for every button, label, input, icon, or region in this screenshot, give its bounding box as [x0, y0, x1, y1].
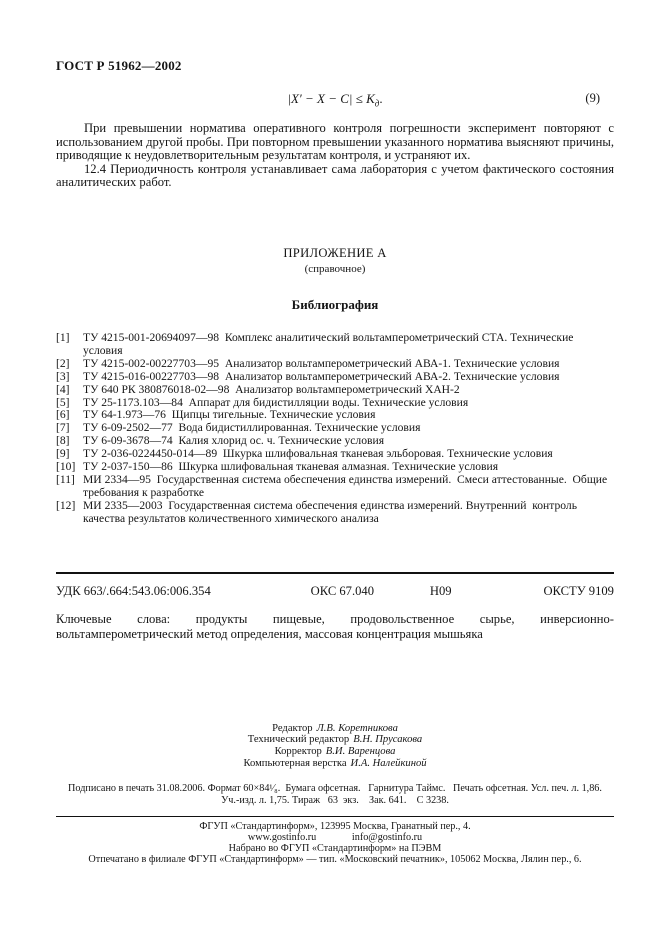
oks-code: ОКС 67.040 [311, 584, 374, 599]
keywords: Ключевые слова: продукты пищевые, продов… [56, 612, 614, 643]
paragraph: При превышении норматива оперативного ко… [56, 122, 614, 163]
credits-block: РедакторЛ.В. Коретникова Технический ред… [56, 723, 614, 770]
credit-role: Корректор [275, 746, 322, 757]
credit-role: Технический редактор [248, 734, 349, 745]
standard-number: ГОСТ Р 51962—2002 [56, 58, 614, 74]
paragraph: 12.4 Периодичность контроля устанавливае… [56, 163, 614, 190]
bibliography-entry: [2]ТУ 4215-002-00227703—95 Анализатор во… [56, 358, 614, 371]
divider-rule [56, 572, 614, 574]
entry-text: ТУ 4215-002-00227703—95 Анализатор вольт… [83, 358, 614, 371]
bibliography-heading: Библиография [56, 297, 614, 313]
entry-text: ТУ 4215-016-00227703—98 Анализатор вольт… [83, 371, 614, 384]
appendix-header: ПРИЛОЖЕНИЕ А (справочное) [56, 246, 614, 275]
publisher-block: ФГУП «Стандартинформ», 123995 Москва, Гр… [56, 821, 614, 866]
document-page: ГОСТ Р 51962—2002 |X′ − X − C| ≤ Kд. (9)… [0, 0, 661, 936]
credit-name: В.Н. Прусакова [353, 734, 422, 745]
publisher-rule [56, 816, 614, 817]
credit-name: И.А. Налейкиной [351, 758, 427, 769]
formula-number: (9) [585, 91, 600, 106]
appendix-title: ПРИЛОЖЕНИЕ А [56, 246, 614, 261]
bibliography-entry: [11]МИ 2334—95 Государственная система о… [56, 474, 614, 500]
entry-text: МИ 2335—2003 Государственная система обе… [83, 500, 614, 526]
imprint-block: Подписано в печать 31.08.2006. Формат 60… [56, 783, 614, 808]
imprint-line: Подписано в печать 31.08.2006. Формат 60… [56, 783, 614, 796]
okstu-code: ОКСТУ 9109 [543, 584, 614, 599]
publisher-line: www.gostinfo.ru info@gostinfo.ru [56, 832, 614, 843]
formula-main: |X′ − X − C| ≤ K [287, 91, 374, 106]
entry-text: ТУ 4215-001-20694097—98 Комплекс аналити… [83, 332, 614, 358]
bibliography-entry: [10]ТУ 2-037-150—86 Шкурка шлифовальная … [56, 461, 614, 474]
appendix-subtitle: (справочное) [56, 263, 614, 275]
bibliography-entry: [12]МИ 2335—2003 Государственная система… [56, 500, 614, 526]
publisher-line: Набрано во ФГУП «Стандартинформ» на ПЭВМ [56, 843, 614, 854]
formula: |X′ − X − C| ≤ Kд. (9) [56, 91, 614, 109]
credit-role: Компьютерная верстка [243, 758, 346, 769]
entry-number: [3] [56, 371, 83, 384]
entry-number: [12] [56, 500, 83, 526]
class-code: Н09 [430, 584, 452, 599]
bibliography-entry: [1]ТУ 4215-001-20694097—98 Комплекс анал… [56, 332, 614, 358]
credit-line: РедакторЛ.В. Коретникова [56, 723, 614, 735]
bibliography-entry: [4]ТУ 640 РК 380876018-02—98 Анализатор … [56, 384, 614, 397]
bibliography-entry: [3]ТУ 4215-016-00227703—98 Анализатор во… [56, 371, 614, 384]
entry-number: [2] [56, 358, 83, 371]
credit-line: Компьютерная версткаИ.А. Налейкиной [56, 758, 614, 770]
entry-text: ТУ 2-037-150—86 Шкурка шлифовальная ткан… [83, 461, 614, 474]
entry-text: МИ 2334—95 Государственная система обесп… [83, 474, 614, 500]
udk-code: УДК 663/.664:543.06:006.354 [56, 584, 211, 599]
entry-number: [1] [56, 332, 83, 358]
credit-line: КорректорВ.И. Варенцова [56, 746, 614, 758]
entry-number: [11] [56, 474, 83, 500]
formula-expression: |X′ − X − C| ≤ Kд. [287, 91, 382, 106]
entry-text: ТУ 640 РК 380876018-02—98 Анализатор вол… [83, 384, 614, 397]
publisher-line: ФГУП «Стандартинформ», 123995 Москва, Гр… [56, 821, 614, 832]
classification-row: УДК 663/.664:543.06:006.354 ОКС 67.040 Н… [56, 584, 614, 599]
credit-name: Л.В. Коретникова [317, 723, 398, 734]
credit-name: В.И. Варенцова [326, 746, 396, 757]
imprint-line: Уч.-изд. л. 1,75. Тираж 63 экз. Зак. 641… [56, 795, 614, 808]
entry-number: [10] [56, 461, 83, 474]
bibliography-list: [1]ТУ 4215-001-20694097—98 Комплекс анал… [56, 332, 614, 526]
entry-number: [4] [56, 384, 83, 397]
publisher-line: Отпечатано в филиале ФГУП «Стандартинфор… [56, 854, 614, 865]
body-text: При превышении норматива оперативного ко… [56, 122, 614, 190]
credit-role: Редактор [272, 723, 313, 734]
credit-line: Технический редакторВ.Н. Прусакова [56, 734, 614, 746]
formula-period: . [379, 91, 382, 106]
